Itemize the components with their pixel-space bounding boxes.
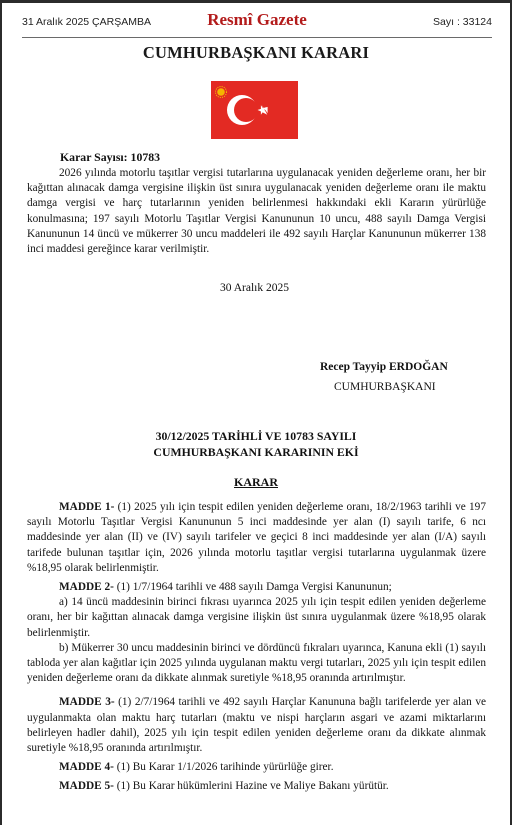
annex-title-line2: CUMHURBAŞKANI KARARININ EKİ	[2, 444, 510, 460]
gazette-page: 31 Aralık 2025 ÇARŞAMBA Resmî Gazete Say…	[2, 3, 510, 825]
article-text: (1) Bu Karar hükümlerini Hazine ve Maliy…	[114, 780, 389, 792]
signatory-name: Recep Tayyip ERDOĞAN	[320, 361, 448, 373]
article-label: MADDE 2-	[59, 581, 114, 593]
article-label: MADDE 4-	[59, 761, 114, 773]
article-2-item-b: b) Mükerrer 30 uncu maddesinin birinci v…	[27, 641, 486, 687]
article-2: MADDE 2- (1) 1/7/1964 tarihli ve 488 say…	[27, 580, 486, 595]
annex-title: 30/12/2025 TARİHLİ VE 10783 SAYILI CUMHU…	[2, 428, 510, 460]
decision-date: 30 Aralık 2025	[220, 282, 289, 294]
gazette-header: 31 Aralık 2025 ÇARŞAMBA Resmî Gazete Say…	[22, 9, 492, 38]
document-title: CUMHURBAŞKANI KARARI	[2, 43, 510, 63]
issue-number: Sayı : 33124	[433, 16, 492, 28]
article-5: MADDE 5- (1) Bu Karar hükümlerini Hazine…	[27, 779, 486, 794]
turkish-presidential-flag-icon	[211, 81, 298, 139]
articles: MADDE 1- (1) 2025 yılı için tespit edile…	[27, 500, 486, 795]
article-label: MADDE 3-	[59, 696, 115, 708]
article-label: MADDE 5-	[59, 780, 114, 792]
article-3: MADDE 3- (1) 2/7/1964 tarihli ve 492 say…	[27, 695, 486, 756]
decision-intro: 2026 yılında motorlu taşıtlar vergisi tu…	[27, 166, 486, 257]
decision-number: Karar Sayısı: 10783	[60, 150, 160, 165]
article-1: MADDE 1- (1) 2025 yılı için tespit edile…	[27, 500, 486, 576]
article-text: (1) 1/7/1964 tarihli ve 488 sayılı Damga…	[114, 581, 392, 593]
article-2-item-a: a) 14 üncü maddesinin birinci fıkrası uy…	[27, 595, 486, 641]
annex-heading: KARAR	[2, 475, 510, 490]
annex-title-line1: 30/12/2025 TARİHLİ VE 10783 SAYILI	[2, 428, 510, 444]
signatory-title: CUMHURBAŞKANI	[334, 381, 436, 393]
article-text: (1) Bu Karar 1/1/2026 tarihinde yürürlüğ…	[114, 761, 334, 773]
article-label: MADDE 1-	[59, 501, 114, 513]
gazette-title: Resmî Gazete	[22, 10, 492, 30]
article-4: MADDE 4- (1) Bu Karar 1/1/2026 tarihinde…	[27, 760, 486, 775]
